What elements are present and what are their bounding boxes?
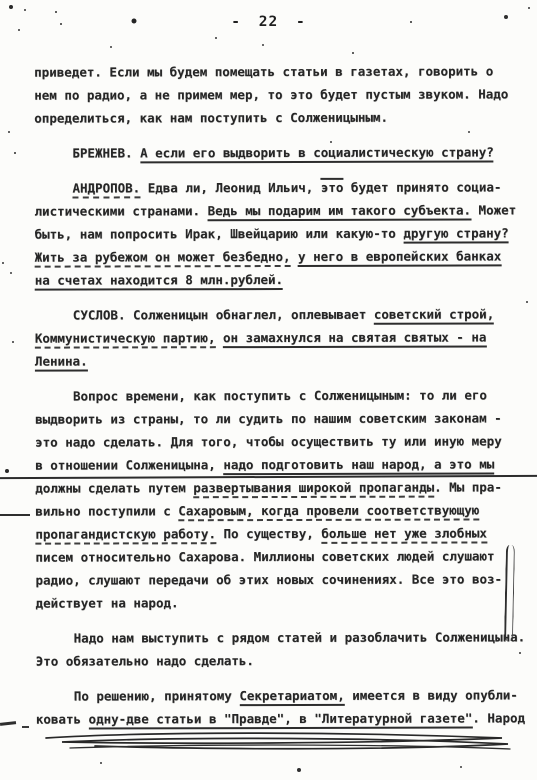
underlined-text-segment: это	[321, 178, 344, 195]
text-line: действует на народ.	[36, 592, 532, 616]
underlined-text-segment: Сахаровым, когда провели соответствующую	[178, 502, 479, 521]
paragraph: Надо нам выступить с рядом статей и разо…	[36, 627, 532, 674]
text-segment: Едва ли, Леонид Ильич,	[140, 180, 321, 195]
underlined-text-segment: Жить за рубежом он может безбедно,	[35, 249, 291, 268]
underlined-text-segment: одну-две статьи в "Правде", в "Литератур…	[89, 711, 473, 730]
text-line: Жить за рубежом он может безбедно, у нег…	[35, 246, 531, 270]
text-line: радио, слушают передачи об этих новых со…	[35, 569, 531, 593]
text-segment: приведет. Если мы будем помещать статьи …	[34, 63, 493, 79]
text-line: Надо нам выступить с рядом статей и разо…	[36, 627, 532, 651]
text-segment: радио, слушают передачи об этих новых со…	[35, 571, 502, 587]
text-segment: Это обязательно надо сделать.	[36, 653, 254, 669]
text-segment: определиться, как нам поступить с Солжен…	[34, 110, 388, 126]
text-line: пропагандистскую работу. По существу, бо…	[35, 523, 531, 547]
underlined-text-segment: Ленина.	[35, 354, 88, 372]
text-line: быть, нам попросить Ирак, Швейцарию или …	[35, 223, 531, 247]
underlined-text-segment: Секретариатом,	[239, 688, 344, 706]
text-line: писем относительно Сахарова. Миллионы со…	[35, 546, 531, 570]
underlined-text-segment: А если его выдворить в социалистическую …	[140, 144, 494, 163]
text-segment: БРЕЖНЕВ.	[72, 145, 140, 160]
text-line: нем по радио, а не примем мер, то это бу…	[34, 84, 530, 108]
paragraph: БРЕЖНЕВ. А если его выдворить в социалис…	[34, 142, 530, 166]
text-segment: писем относительно Сахарова. Миллионы со…	[35, 548, 494, 564]
margin-dash-mark	[22, 726, 29, 728]
document-body: приведет. Если мы будем помещать статьи …	[34, 61, 532, 732]
underlined-text-segment: другую страну?	[403, 225, 508, 243]
paragraph: Вопрос времени, как поступить с Солжениц…	[35, 385, 532, 616]
text-segment: это надо сделать. Для того, чтобы осущес…	[35, 433, 502, 449]
text-line: определиться, как нам поступить с Солжен…	[34, 107, 530, 131]
margin-dash-mark	[0, 514, 30, 516]
text-segment: По существу,	[216, 526, 321, 541]
text-line: Это обязательно надо сделать.	[36, 650, 532, 674]
text-line: Вопрос времени, как поступить с Солжениц…	[35, 385, 531, 409]
underlined-text-segment: советский строй,	[374, 306, 494, 324]
text-line: СУСЛОВ. Солженицын обнаглел, оплевывает …	[35, 304, 531, 328]
underlined-text-segment: Коммунистическую партию,	[35, 330, 216, 348]
paragraph: приведет. Если мы будем помещать статьи …	[34, 61, 530, 131]
text-segment: вильно поступили с	[35, 503, 178, 518]
scan-noise-specks	[0, 0, 2, 2]
text-line: в отношении Солженицына, надо подготовит…	[35, 454, 531, 478]
text-line: АНДРОПОВ. Едва ли, Леонид Ильич, это буд…	[34, 177, 530, 201]
text-line: По решению, принятому Секретариатом, име…	[36, 685, 532, 709]
text-line: вильно поступили с Сахаровым, когда пров…	[35, 500, 531, 524]
pen-swoosh-underline	[40, 729, 516, 757]
text-segment: ковать	[36, 712, 89, 727]
scanned-document-page: - 22 - приведет. Если мы будем помещать …	[0, 0, 537, 780]
text-line: БРЕЖНЕВ. А если его выдворить в социалис…	[34, 142, 530, 166]
text-line: листическими странами. Ведь мы подарим и…	[34, 200, 530, 224]
text-segment: . Мы пра-	[434, 479, 502, 494]
text-segment: Вопрос времени, как поступить с Солжениц…	[73, 387, 487, 403]
text-line: приведет. Если мы будем помещать статьи …	[34, 61, 530, 85]
text-line: ковать одну-две статьи в "Правде", в "Ли…	[36, 708, 532, 732]
text-segment: в отношении Солженицына,	[35, 457, 223, 472]
text-segment: листическими странами.	[34, 203, 207, 218]
text-line: на счетах находится 8 млн.рублей.	[35, 269, 531, 293]
paragraph: АНДРОПОВ. Едва ли, Леонид Ильич, это буд…	[34, 177, 530, 293]
underlined-text-segment: АНДРОПОВ.	[72, 180, 140, 198]
text-segment: выдворить из страны, то ли судить по наш…	[35, 410, 502, 426]
paragraph: СУСЛОВ. Солженицын обнаглел, оплевывает …	[35, 304, 531, 374]
underlined-text-segment: у него в европейских банках	[298, 248, 501, 267]
margin-dash-mark	[0, 721, 16, 725]
text-segment: действует на народ.	[36, 595, 179, 610]
underlined-text-segment: Ведь мы подарим им такого субъекта.	[208, 203, 471, 222]
text-line: это надо сделать. Для того, чтобы осущес…	[35, 431, 531, 455]
text-segment: . Народ	[472, 710, 525, 725]
underlined-text-segment: он замахнулся на святая святых - на	[223, 329, 486, 348]
paragraph: По решению, принятому Секретариатом, име…	[36, 685, 532, 732]
page-number: - 22 -	[0, 14, 537, 30]
text-segment: Может	[471, 202, 516, 217]
text-line: выдворить из страны, то ли судить по наш…	[35, 408, 531, 432]
text-line: Ленина.	[35, 350, 531, 374]
text-segment: Надо нам выступить с рядом статей и разо…	[74, 629, 526, 645]
underlined-text-segment: больше нет уже злобных	[321, 525, 487, 543]
text-line: Коммунистическую партию, он замахнулся н…	[35, 327, 531, 351]
text-segment: должны сделать путем	[35, 480, 193, 495]
text-segment: нем по радио, а не примем мер, то это бу…	[34, 86, 508, 102]
underlined-text-segment: надо подготовить наш народ, а это мы	[223, 456, 494, 475]
text-segment: будет принято социа-	[343, 179, 501, 194]
underlined-text-segment: развертывания широкой пропаганды	[193, 480, 434, 499]
text-line: должны сделать путем развертывания широк…	[35, 477, 531, 501]
text-segment: имеется в виду опубли-	[345, 687, 518, 702]
text-segment: По решению, принятому	[74, 688, 240, 703]
text-segment: СУСЛОВ. Солженицын обнаглел, оплевывает	[73, 307, 374, 323]
underlined-text-segment: на счетах находится 8 млн.рублей.	[35, 272, 283, 291]
underlined-text-segment: пропагандистскую работу.	[35, 526, 216, 544]
text-segment: быть, нам попросить Ирак, Швейцарию или …	[35, 226, 404, 242]
